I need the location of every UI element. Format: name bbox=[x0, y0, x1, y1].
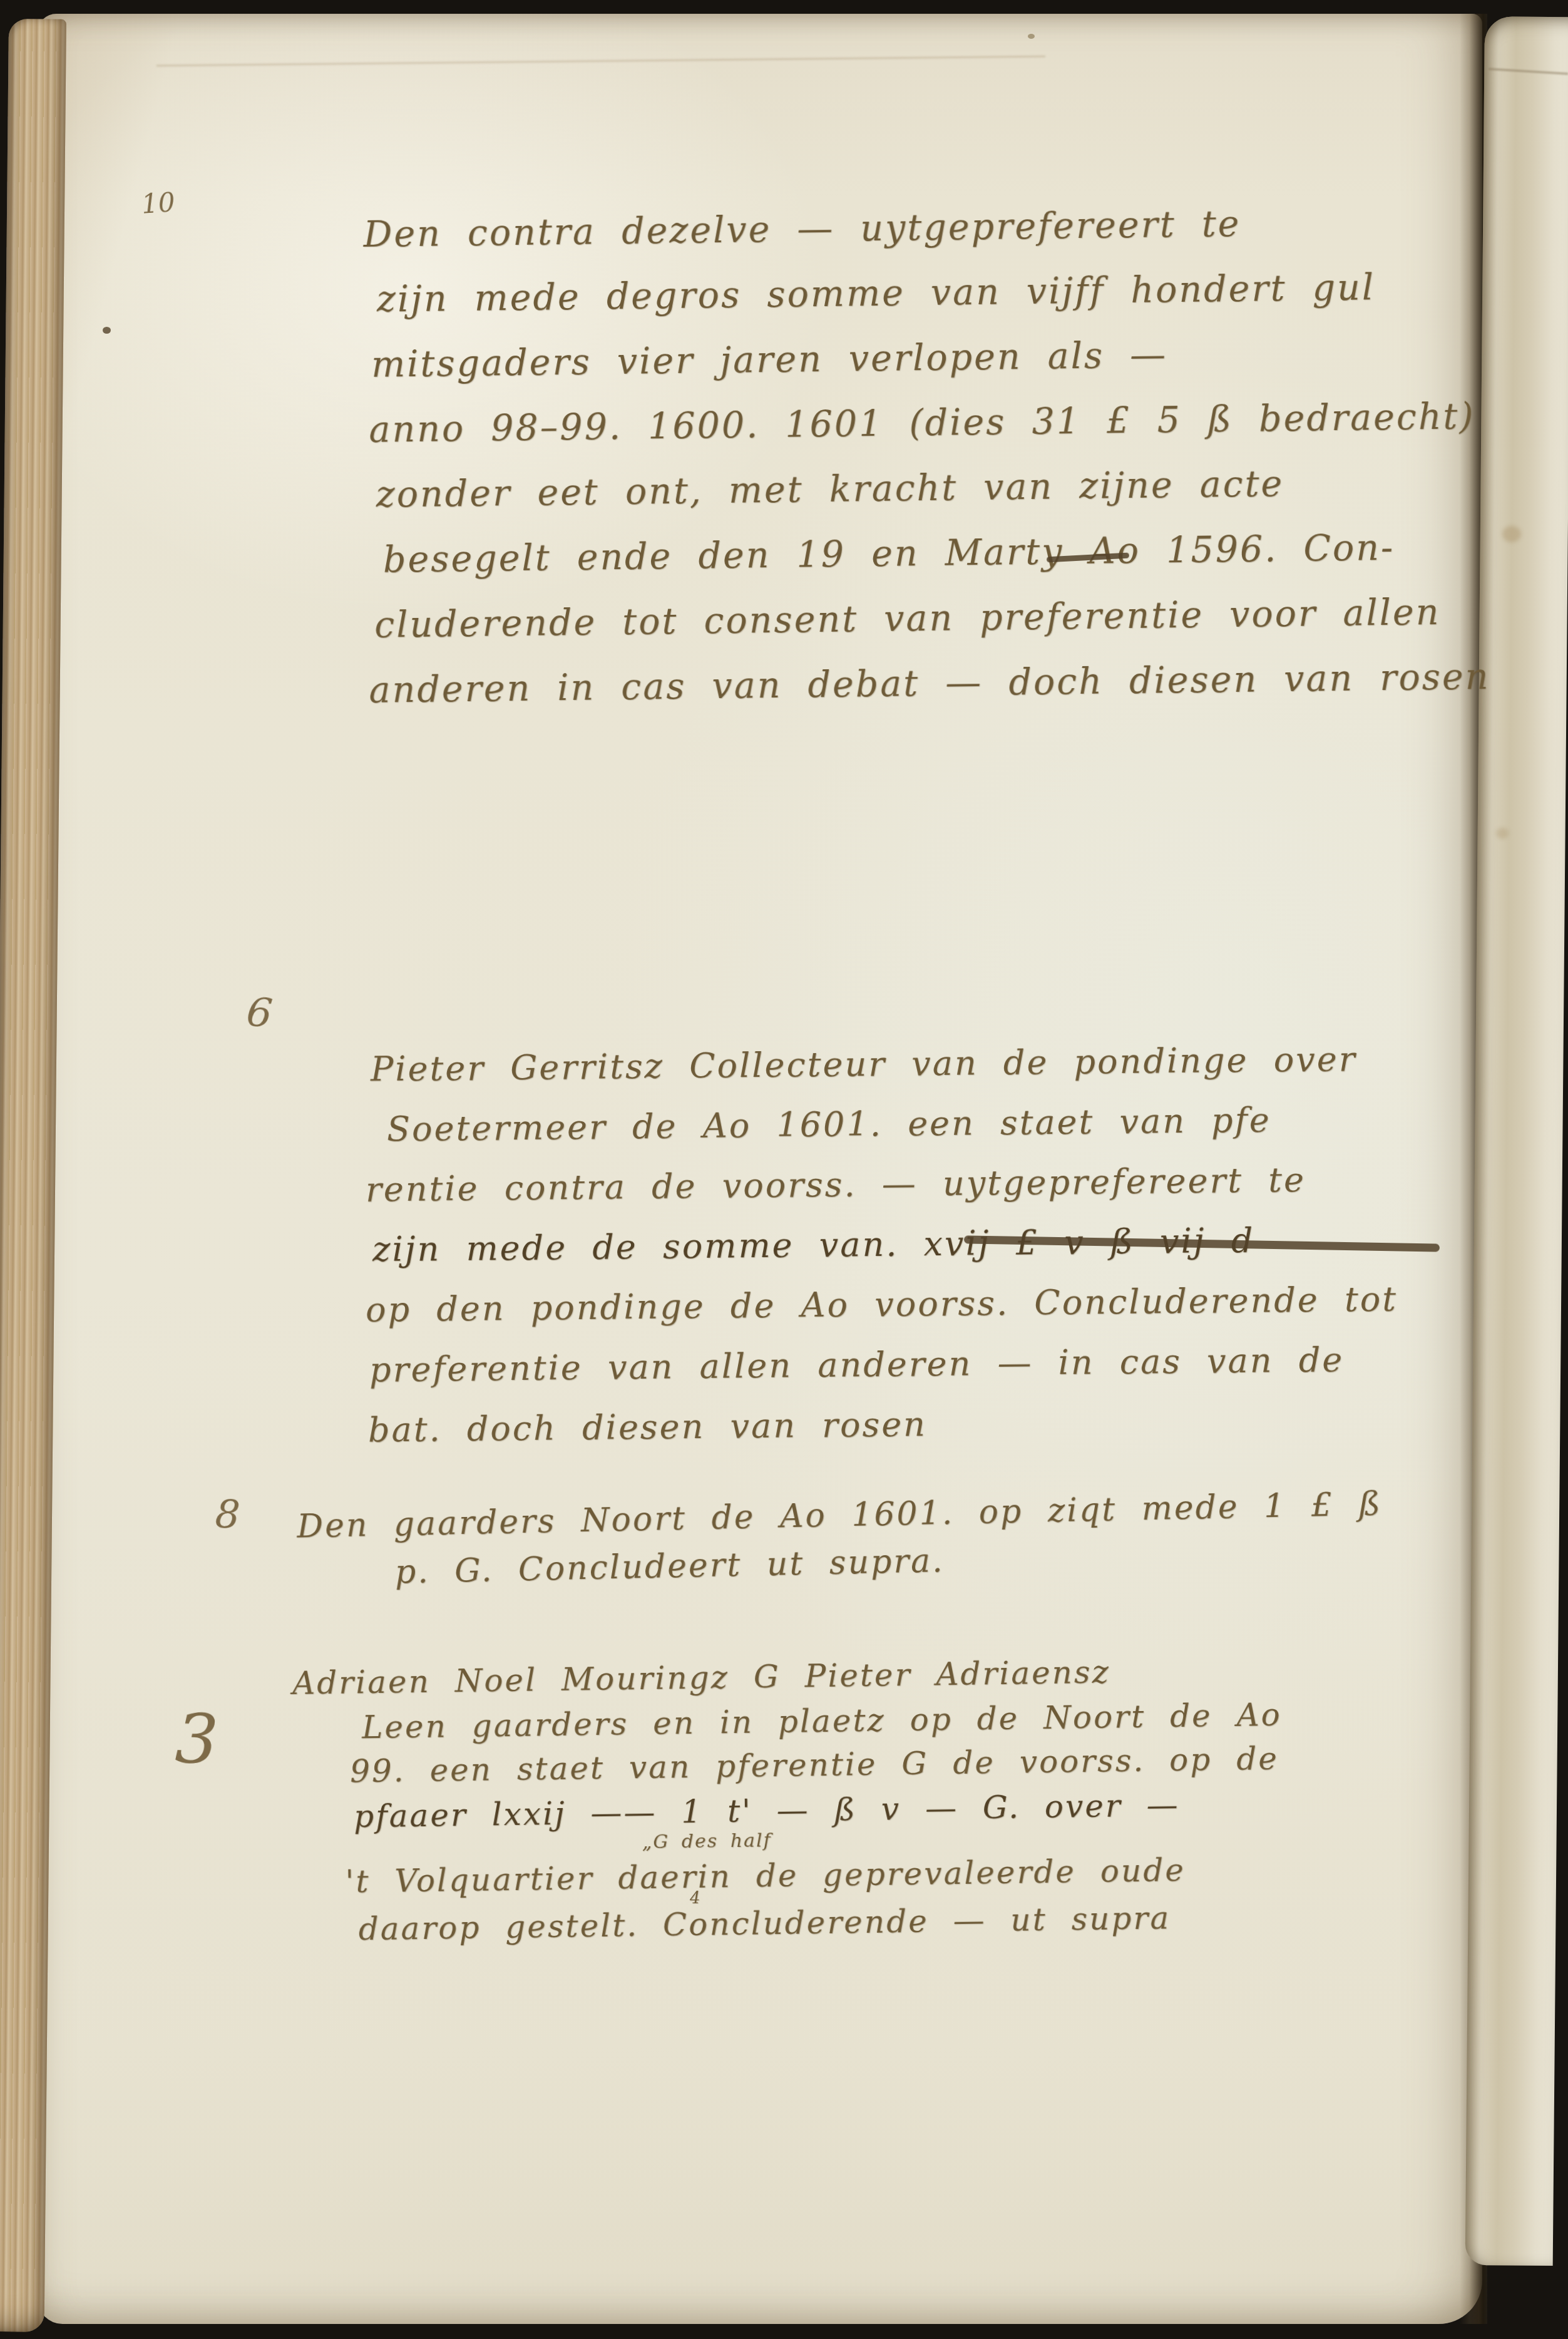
paper-stain bbox=[1502, 526, 1521, 542]
paper-fleck bbox=[1028, 34, 1035, 39]
margin-number-8: 8 bbox=[214, 1491, 241, 1538]
manuscript-line: Pieter Gerritsz Collecteur van de pondin… bbox=[371, 1029, 1396, 1099]
manuscript-line: Soetermeer de Ao 1601. een staet van pfe bbox=[387, 1089, 1396, 1159]
manuscript-line: zijn mede degros somme van vijff hondert… bbox=[376, 254, 1485, 332]
paper-stain bbox=[1496, 828, 1509, 839]
manuscript-line: daarop gestelt. Concluderende — ut supra bbox=[358, 1897, 1171, 1950]
manuscript-line: preferentie van allen anderen — in cas v… bbox=[369, 1329, 1399, 1400]
ink-speck bbox=[103, 327, 111, 334]
manuscript-line: op den pondinge de Ao voorss. Concludere… bbox=[366, 1269, 1398, 1340]
margin-number-6: 6 bbox=[244, 989, 274, 1038]
manuscript-line: 't Volquartier daerin de geprevaleerde o… bbox=[345, 1849, 1186, 1903]
margin-number-3: 3 bbox=[174, 1700, 220, 1779]
entry-10-paragraph: Den contra dezelve — uytgeprefereert te … bbox=[363, 188, 1490, 723]
manuscript-line: bat. doch diesen van rosen bbox=[368, 1389, 1400, 1460]
manuscript-line: rentie contra de voorss. — uytgepreferee… bbox=[366, 1149, 1397, 1220]
manuscript-line: anderen in cas van debat — doch diesen v… bbox=[369, 644, 1490, 723]
manuscript-line: anno 98–99. 1600. 1601 (dies 31 £ 5 ß be… bbox=[369, 384, 1487, 463]
entry-3-paragraph: Adriaen Noel Mouringz G Pieter Adriaensz… bbox=[346, 1646, 1489, 1962]
margin-number-10: 10 bbox=[140, 187, 176, 220]
manuscript-scan: 10 6 8 3 Den contra dezelve — uytgeprefe… bbox=[0, 0, 1568, 2339]
